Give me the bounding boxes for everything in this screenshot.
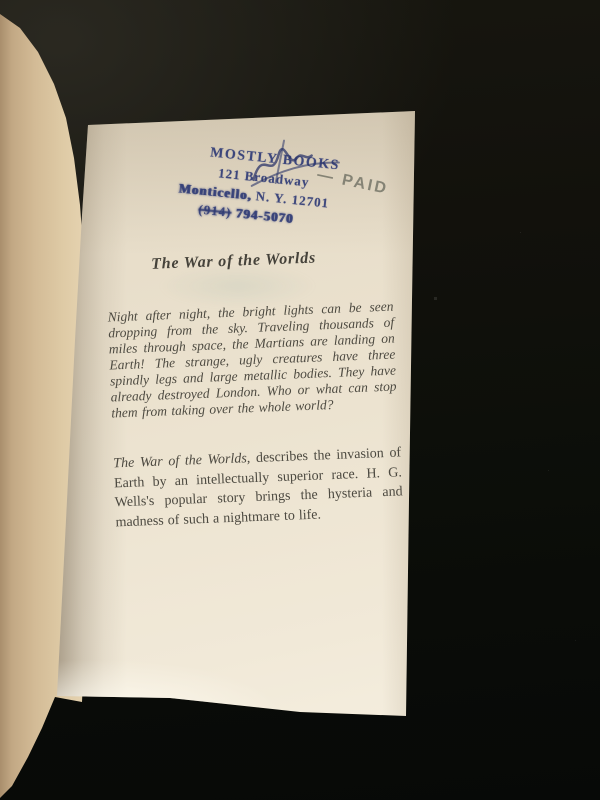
- description-paragraph: The War of the Worlds, describes the inv…: [113, 443, 404, 532]
- description-book-title: The War of the Worlds,: [113, 451, 251, 471]
- stamp-area-code: (914): [198, 202, 233, 220]
- book-photo: MOSTLY BOOKS 121 Broadway Monticello, N.…: [0, 0, 600, 800]
- page-content: MOSTLY BOOKS 121 Broadway Monticello, N.…: [92, 106, 433, 718]
- book-title: The War of the Worlds: [93, 247, 373, 276]
- stamp-phone-number: 794-5070: [231, 205, 294, 226]
- blurb-paragraph: Night after night, the bright lights can…: [107, 299, 397, 422]
- book-page: MOSTLY BOOKS 121 Broadway Monticello, N.…: [0, 0, 600, 800]
- dust-specks: [0, 0, 1, 1]
